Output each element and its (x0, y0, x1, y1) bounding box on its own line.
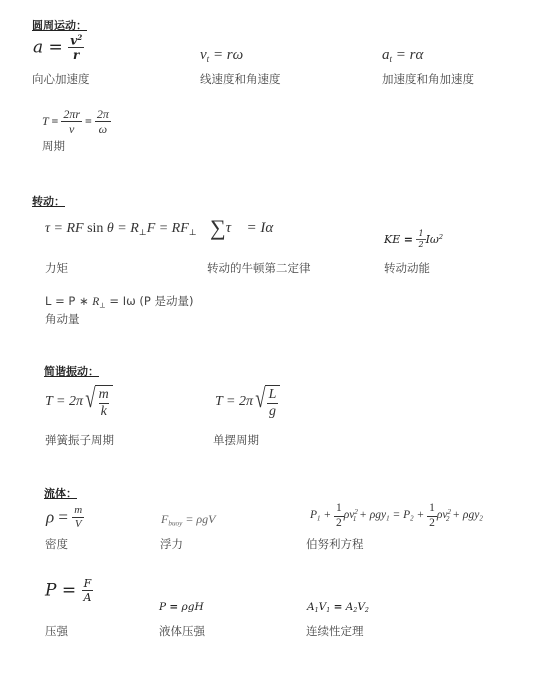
formula-angular-momentum: L = P ∗ R⊥ = Iω (P 是动量) (45, 293, 193, 309)
label-density: 密度 (45, 536, 68, 552)
heading-simple-harmonic-motion: 简谐振动： (44, 363, 99, 379)
formula-continuity-equation: A1V1 = A2V2 (307, 601, 369, 614)
label-rotational-kinetic-energy: 转动动能 (384, 260, 430, 276)
label-centripetal-acceleration: 向心加速度 (32, 71, 90, 87)
label-torque: 力矩 (45, 260, 68, 276)
heading-circular-motion: 圆周运动： (32, 17, 87, 33)
label-tangential-acceleration: 加速度和角加速度 (382, 71, 474, 87)
formula-buoyancy: Fbuoy = ρgV (161, 512, 216, 528)
formula-centripetal-acceleration: a = v2r (33, 34, 84, 61)
label-pendulum-period: 单摆周期 (213, 432, 259, 448)
label-spring-oscillator-period: 弹簧振子周期 (45, 432, 114, 448)
formula-tangential-acceleration: at = rα (382, 47, 423, 64)
heading-fluids: 流体： (44, 485, 77, 501)
formula-liquid-pressure: P = ρgH (159, 601, 204, 613)
formula-bernoulli-equation: P1 + 12ρv21 + ρgy1 = P2 + 12ρv22 + ρgy2 (310, 503, 483, 529)
label-liquid-pressure: 液体压强 (159, 623, 205, 639)
formula-rotational-newton-second-law: ∑τ⃗ = Iα⃗ (210, 215, 285, 241)
label-linear-angular-velocity: 线速度和角速度 (200, 71, 281, 87)
label-continuity-equation: 连续性定理 (306, 623, 364, 639)
formula-linear-angular-velocity: vt = rω (200, 47, 243, 64)
label-period: 周期 (42, 138, 65, 154)
label-angular-momentum: 角动量 (45, 311, 80, 327)
formula-torque: τ = RF sin θ = R⊥F = RF⊥ (45, 221, 197, 237)
formula-pendulum-period: T = 2π√Lg (215, 385, 280, 419)
label-buoyancy: 浮力 (160, 536, 183, 552)
formula-pressure: P = FA (45, 578, 93, 603)
heading-rotation: 转动： (32, 193, 65, 209)
label-rotational-newton-second-law: 转动的牛顿第二定律 (207, 260, 311, 276)
label-bernoulli-equation: 伯努利方程 (306, 536, 364, 552)
formula-rotational-kinetic-energy: KE = 12Iω2 (384, 230, 443, 249)
formula-spring-oscillator-period: T = 2π√mk (45, 385, 113, 419)
formula-density: ρ = mV (46, 505, 84, 530)
label-pressure: 压强 (45, 623, 68, 639)
formula-period: T = 2πrv = 2πω (42, 108, 111, 135)
